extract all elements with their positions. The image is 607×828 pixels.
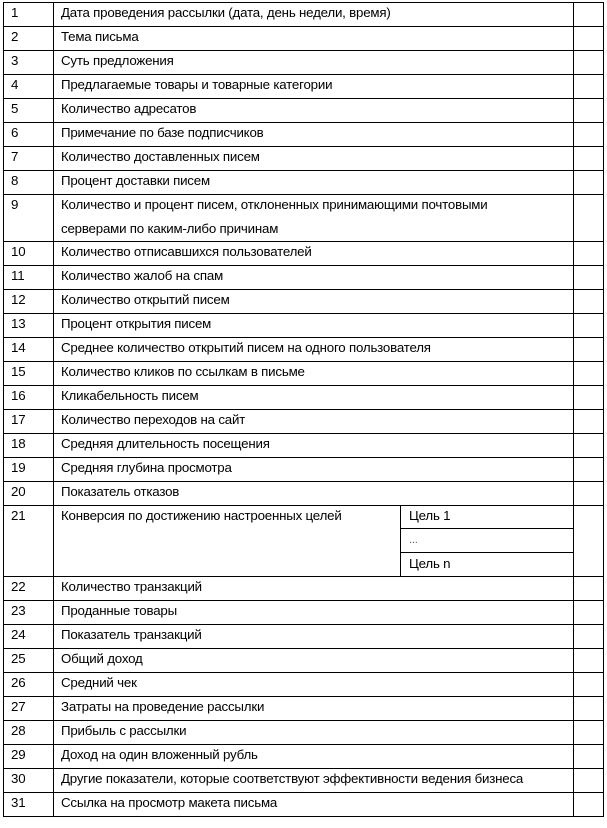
metric-label: Проданные товары — [61, 599, 177, 623]
table-rule — [400, 528, 573, 529]
row-number: 7 — [11, 145, 18, 169]
row-number: 4 — [11, 73, 18, 97]
row-number: 8 — [11, 169, 18, 193]
table-rule — [400, 552, 573, 553]
metric-label: Средняя глубина просмотра — [61, 456, 232, 480]
metric-label: Дата проведения рассылки (дата, день нед… — [61, 1, 391, 25]
row-number: 19 — [11, 456, 25, 480]
row-number: 9 — [11, 193, 18, 217]
row-number: 27 — [11, 695, 25, 719]
metric-label: Суть предложения — [61, 49, 174, 73]
goal-label: Цель n — [409, 552, 450, 576]
metric-label: Доход на один вложенный рубль — [61, 743, 258, 767]
row-number: 22 — [11, 575, 25, 599]
row-number: 21 — [11, 504, 25, 528]
metric-label: Средний чек — [61, 671, 137, 695]
metric-label: Количество доставленных писем — [61, 145, 260, 169]
metrics-table: 1Дата проведения рассылки (дата, день не… — [3, 2, 604, 823]
row-number: 31 — [11, 791, 25, 815]
row-number: 24 — [11, 623, 25, 647]
metric-label: Количество адресатов — [61, 97, 196, 121]
row-number: 29 — [11, 743, 25, 767]
row-number: 17 — [11, 408, 25, 432]
row-number: 12 — [11, 288, 25, 312]
metric-label: Показатель транзакций — [61, 623, 202, 647]
row-number: 11 — [11, 264, 24, 288]
row-number: 16 — [11, 384, 25, 408]
metric-label: Процент открытия писем — [61, 312, 211, 336]
metric-label: Количество открытий писем — [61, 288, 230, 312]
metric-label: Среднее количество открытий писем на одн… — [61, 336, 431, 360]
metric-label: Средняя длительность посещения — [61, 432, 270, 456]
row-number: 30 — [11, 767, 25, 791]
goal-label: ... — [409, 528, 418, 552]
row-number: 14 — [11, 336, 25, 360]
table-rule — [400, 505, 401, 576]
row-number: 3 — [11, 49, 18, 73]
metric-label: Ссылка на просмотр макета письма — [61, 791, 277, 815]
metric-label: Количество транзакций — [61, 575, 202, 599]
row-number: 6 — [11, 121, 18, 145]
row-number: 2 — [11, 25, 18, 49]
table-rule — [53, 2, 54, 817]
table-rule — [573, 2, 574, 817]
row-number: 28 — [11, 719, 25, 743]
metric-label: Количество переходов на сайт — [61, 408, 245, 432]
metric-label: Процент доставки писем — [61, 169, 210, 193]
metric-label: Количество жалоб на спам — [61, 264, 223, 288]
row-number: 25 — [11, 647, 25, 671]
metric-label: Кликабельность писем — [61, 384, 198, 408]
metric-label: Общий доход — [61, 647, 143, 671]
row-number: 1 — [11, 1, 18, 25]
table-rule — [3, 816, 604, 817]
metric-label: Конверсия по достижению настроенных целе… — [61, 504, 342, 528]
row-number: 10 — [11, 240, 25, 264]
row-number: 20 — [11, 480, 25, 504]
metric-label: Тема письма — [61, 25, 139, 49]
metric-label-continued: серверами по каким-либо причинам — [61, 217, 278, 241]
metric-label: Предлагаемые товары и товарные категории — [61, 73, 332, 97]
metric-label: Примечание по базе подписчиков — [61, 121, 264, 145]
metric-label: Другие показатели, которые соответствуют… — [61, 767, 523, 791]
table-rule — [603, 2, 604, 817]
row-number: 18 — [11, 432, 25, 456]
metric-label: Прибыль с рассылки — [61, 719, 186, 743]
metric-label: Затраты на проведение рассылки — [61, 695, 264, 719]
metric-label: Показатель отказов — [61, 480, 179, 504]
row-number: 26 — [11, 671, 25, 695]
metric-label: Количество и процент писем, отклоненных … — [61, 193, 487, 217]
metric-label: Количество отписавшихся пользователей — [61, 240, 312, 264]
row-number: 5 — [11, 97, 18, 121]
row-number: 13 — [11, 312, 25, 336]
metric-label: Количество кликов по ссылкам в письме — [61, 360, 305, 384]
row-number: 15 — [11, 360, 25, 384]
row-number: 23 — [11, 599, 25, 623]
goal-label: Цель 1 — [409, 504, 450, 528]
table-rule — [3, 2, 4, 817]
